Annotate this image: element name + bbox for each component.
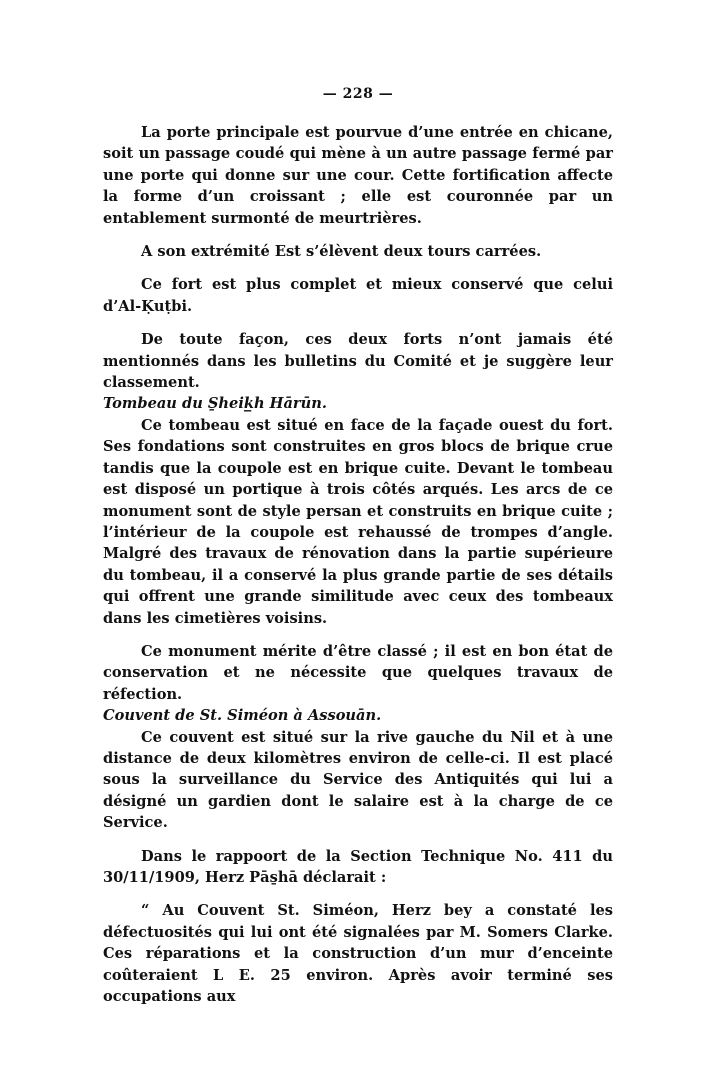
section-heading-couvent: Couvent de St. Siméon à Assouān.: [103, 705, 613, 726]
page-number: — 228 —: [103, 86, 613, 102]
paragraph-report-reference: Dans le rappoort de la Section Technique…: [103, 846, 613, 889]
paragraph-tombeau-description: Ce tombeau est situé en face de la façad…: [103, 415, 613, 629]
paragraph-fort-comparison: Ce fort est plus complet et mieux conser…: [103, 274, 613, 317]
paragraph-quotation: “ Au Couvent St. Siméon, Herz bey a cons…: [103, 900, 613, 1007]
document-page: — 228 — La porte principale est pourvue …: [103, 86, 613, 1007]
paragraph-main-gate: La porte principale est pourvue d’une en…: [103, 122, 613, 229]
section-heading-tombeau: Tombeau du S̱heik̲h Hārūn.: [103, 393, 613, 414]
paragraph-couvent-location: Ce couvent est situé sur la rive gauche …: [103, 727, 613, 834]
paragraph-classification: De toute façon, ces deux forts n’ont jam…: [103, 329, 613, 393]
paragraph-towers: A son extrémité Est s’élèvent deux tours…: [103, 241, 613, 262]
paragraph-tombeau-merit: Ce monument mérite d’être classé ; il es…: [103, 641, 613, 705]
